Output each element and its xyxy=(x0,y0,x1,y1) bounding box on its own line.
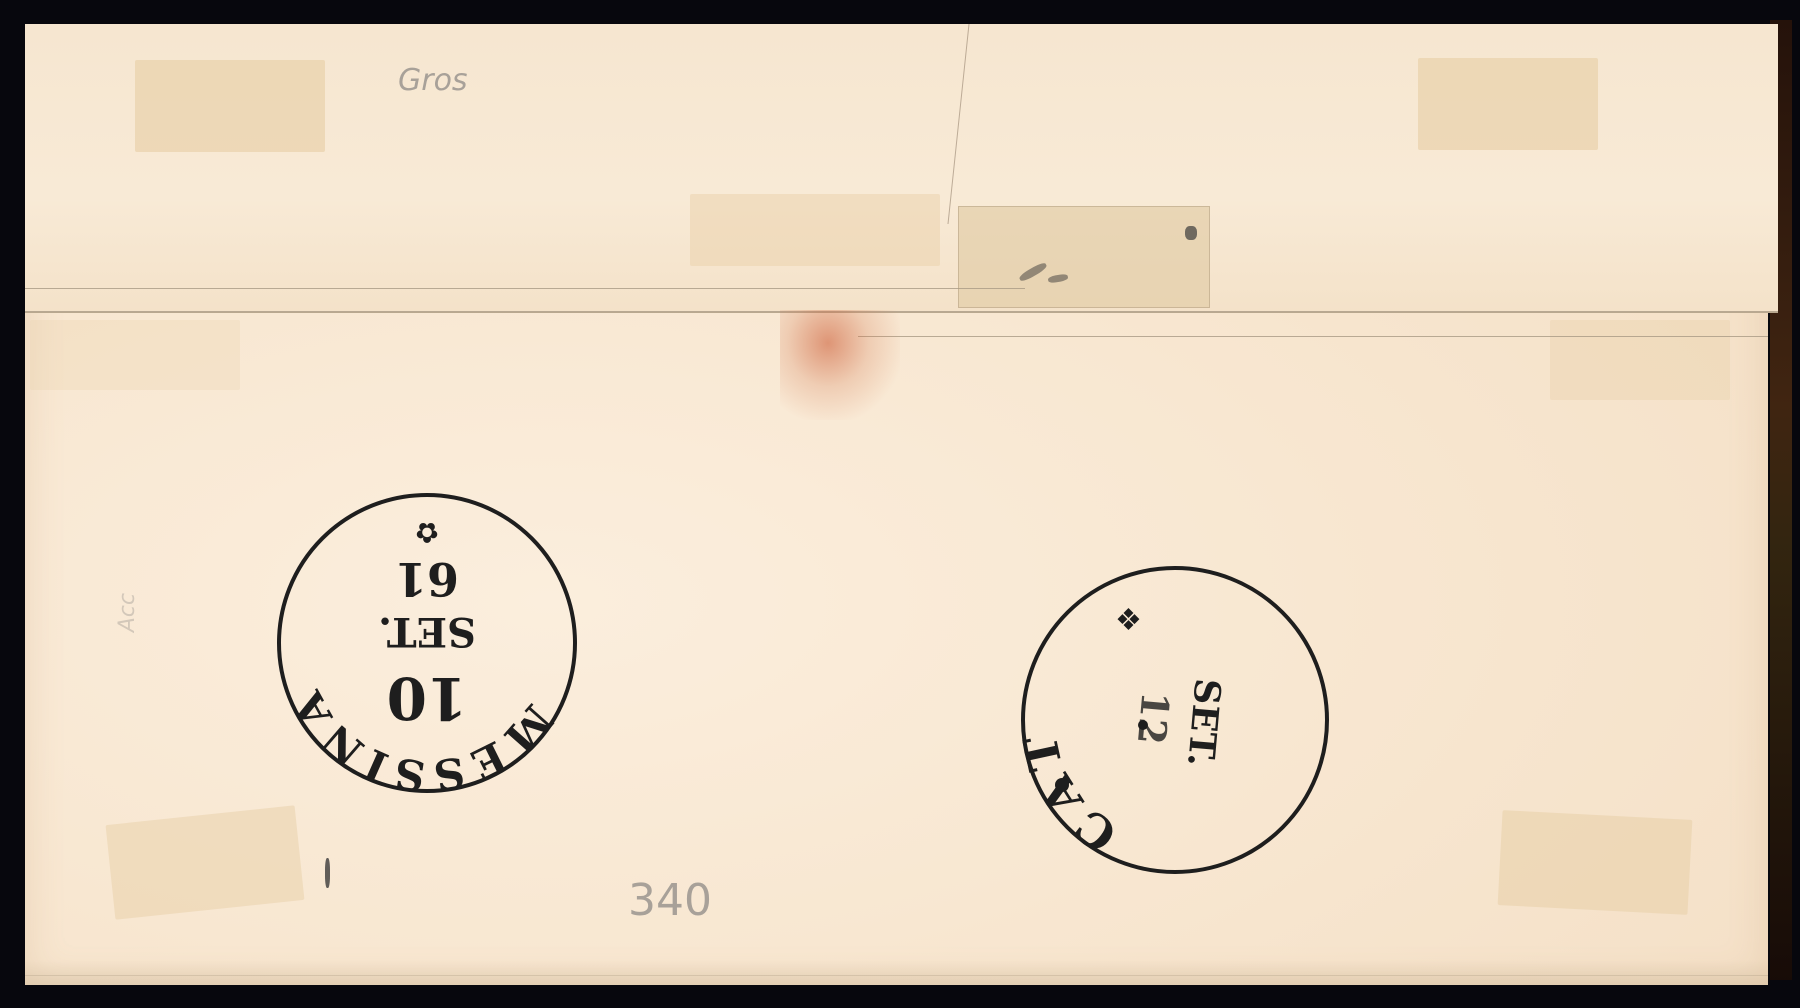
hinge-stain xyxy=(1418,58,1598,150)
pencil-note-number: 340 xyxy=(628,875,712,926)
catania-day: 12 xyxy=(1129,690,1178,747)
ink-smudge xyxy=(1185,226,1197,240)
hinge-stain xyxy=(135,60,325,152)
catania-postmark: CAT SET. 12 ❖ xyxy=(1010,555,1340,885)
fold-line xyxy=(25,288,1025,289)
messina-year: 61 xyxy=(395,552,459,606)
wax-seal-residue xyxy=(780,310,900,420)
svg-text:CAT: CAT xyxy=(1010,718,1135,866)
pencil-note-gros: Gros xyxy=(398,63,468,98)
messina-day: 10 xyxy=(387,664,468,732)
pencil-note-left: Acc xyxy=(115,593,140,632)
messina-month: SET. xyxy=(378,608,476,655)
hinge-stain xyxy=(1498,810,1693,915)
hinge-stain xyxy=(690,194,940,266)
catania-ornament: ❖ xyxy=(1115,603,1142,638)
ink-smudge xyxy=(325,858,330,888)
hinge-stain xyxy=(1550,320,1730,400)
fold-line xyxy=(25,311,1778,312)
catania-month: SET. xyxy=(1179,677,1229,768)
messina-postmark: MESSINA 10 SET. 61 ✿ xyxy=(272,488,582,798)
hinge-stain xyxy=(30,320,240,390)
hinge-stain xyxy=(106,805,305,919)
catania-town: CAT xyxy=(1010,718,1135,866)
fold-line xyxy=(858,336,1768,337)
messina-ornament: ✿ xyxy=(415,516,438,549)
hinge-remnant xyxy=(958,206,1210,308)
cover-bottom-edge xyxy=(25,960,1768,985)
